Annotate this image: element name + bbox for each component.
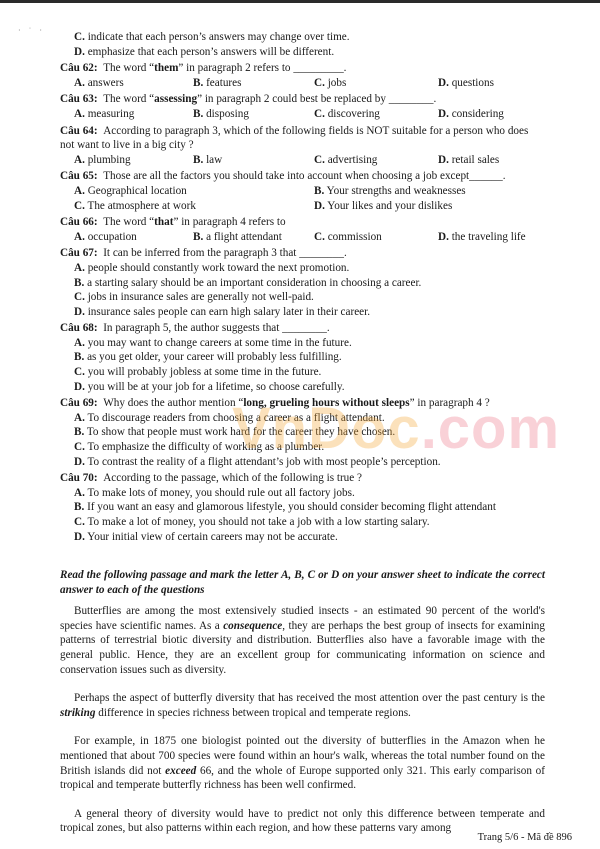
- question-stem: Câu 67: It can be inferred from the para…: [60, 246, 545, 261]
- question-text: The word “: [103, 216, 154, 228]
- question-number: Câu 66:: [60, 216, 98, 228]
- answer-option: B. features: [193, 76, 314, 91]
- question-text: Why does the author mention “: [103, 397, 243, 409]
- answer-option: B. law: [193, 153, 314, 168]
- option-text: occupation: [88, 231, 137, 243]
- options-row: A. plumbingB. lawC. advertisingD. retail…: [60, 153, 545, 168]
- answer-option: C. The atmosphere at work: [74, 199, 314, 214]
- option-text: measuring: [88, 108, 135, 120]
- answer-option: B. Your strengths and weaknesses: [314, 184, 559, 199]
- passage-text: A general theory of diversity would have…: [60, 808, 545, 835]
- option-text: plumbing: [88, 154, 131, 166]
- option-letter: B.: [193, 231, 203, 243]
- option-letter: D.: [74, 46, 85, 58]
- answer-option: D. the traveling life: [438, 230, 559, 245]
- options-row: A. measuringB. disposingC. discoveringD.…: [60, 107, 545, 122]
- option-text: Your strengths and weaknesses: [327, 185, 466, 197]
- option-letter: C.: [314, 108, 325, 120]
- option-letter: C.: [74, 31, 85, 43]
- option-letter: C.: [314, 231, 325, 243]
- answer-option: A. occupation: [74, 230, 193, 245]
- exam-page: C. indicate that each person’s answers m…: [60, 30, 545, 836]
- option-text: people should constantly work toward the…: [88, 262, 350, 274]
- question-stem: Câu 69: Why does the author mention “lon…: [60, 396, 545, 411]
- passage-paragraph: A general theory of diversity would have…: [60, 807, 545, 836]
- answer-option: D. Your initial view of certain careers …: [60, 530, 545, 545]
- answer-option: B. To show that people must work hard fo…: [60, 425, 545, 440]
- question: Câu 62: The word “them” in paragraph 2 r…: [60, 61, 545, 90]
- passage-keyword: striking: [60, 707, 95, 719]
- section-instruction: Read the following passage and mark the …: [60, 568, 545, 598]
- answer-option: C. you will probably jobless at some tim…: [60, 365, 545, 380]
- option-letter: A.: [74, 487, 85, 499]
- answer-option: C. To make a lot of money, you should no…: [60, 515, 545, 530]
- option-letter: A.: [74, 262, 85, 274]
- answer-option: A. To discourage readers from choosing a…: [60, 411, 545, 426]
- answer-option: A. answers: [74, 76, 193, 91]
- passage-keyword: exceed: [165, 765, 196, 777]
- passage-paragraph: For example, in 1875 one biologist point…: [60, 734, 545, 792]
- option-text: Geographical location: [88, 185, 187, 197]
- option-text: you will probably jobless at some time i…: [88, 366, 322, 378]
- option-text: Your initial view of certain careers may…: [87, 531, 337, 543]
- option-text: jobs in insurance sales are generally no…: [88, 291, 314, 303]
- question: Câu 64: According to paragraph 3, which …: [60, 124, 545, 168]
- question-text: The word “: [103, 62, 154, 74]
- option-letter: C.: [74, 516, 85, 528]
- option-letter: D.: [438, 108, 449, 120]
- option-text: advertising: [328, 154, 378, 166]
- option-letter: D.: [438, 154, 449, 166]
- question-stem: Câu 65: Those are all the factors you sh…: [60, 169, 545, 184]
- answer-option: D. you will be at your job for a lifetim…: [60, 380, 545, 395]
- option-letter: A.: [74, 337, 85, 349]
- option-text: emphasize that each person’s answers wil…: [88, 46, 334, 58]
- question-number: Câu 62:: [60, 62, 98, 74]
- question-text: Those are all the factors you should tak…: [103, 170, 505, 182]
- option-letter: C.: [74, 366, 85, 378]
- option-text: Your likes and your dislikes: [327, 200, 452, 212]
- passage-keyword: consequence: [223, 620, 282, 632]
- option-text: To contrast the reality of a flight atte…: [88, 456, 441, 468]
- answer-option: B. disposing: [193, 107, 314, 122]
- option-letter: A.: [74, 412, 85, 424]
- option-text: features: [206, 77, 241, 89]
- option-text: as you get older, your career will proba…: [87, 351, 342, 363]
- option-text: retail sales: [452, 154, 500, 166]
- options-row: A. occupationB. a flight attendantC. com…: [60, 230, 545, 245]
- question: Câu 63: The word “assessing” in paragrap…: [60, 92, 545, 121]
- question-number: Câu 65:: [60, 170, 98, 182]
- option-text: answers: [88, 77, 124, 89]
- option-text: questions: [452, 77, 494, 89]
- option-text: The atmosphere at work: [88, 200, 196, 212]
- question-number: Câu 70:: [60, 472, 98, 484]
- option-letter: C.: [74, 291, 85, 303]
- option-letter: A.: [74, 77, 85, 89]
- question-number: Câu 69:: [60, 397, 98, 409]
- option-line: C. indicate that each person’s answers m…: [60, 30, 545, 45]
- answer-option: A. people should constantly work toward …: [60, 261, 545, 276]
- question-keyword: assessing: [154, 93, 197, 105]
- option-text: To make a lot of money, you should not t…: [88, 516, 430, 528]
- question-number: Câu 64:: [60, 125, 98, 137]
- question-stem: Câu 68: In paragraph 5, the author sugge…: [60, 321, 545, 336]
- option-text: you may want to change careers at some t…: [88, 337, 352, 349]
- question-text: ” in paragraph 4 ?: [410, 397, 490, 409]
- answer-option: C. discovering: [314, 107, 438, 122]
- option-text: insurance sales people can earn high sal…: [88, 306, 370, 318]
- option-text: To show that people must work hard for t…: [87, 426, 395, 438]
- question-text: In paragraph 5, the author suggests that…: [103, 322, 330, 334]
- answer-option: D. retail sales: [438, 153, 559, 168]
- question: Câu 66: The word “that” in paragraph 4 r…: [60, 215, 545, 244]
- question-number: Câu 63:: [60, 93, 98, 105]
- option-line: D. emphasize that each person’s answers …: [60, 45, 545, 60]
- passage-text: difference in species richness between t…: [95, 707, 410, 719]
- question-number: Câu 67:: [60, 247, 98, 259]
- option-text: the traveling life: [452, 231, 526, 243]
- answer-option: B. as you get older, your career will pr…: [60, 350, 545, 365]
- answer-option: C. To emphasize the difficulty of workin…: [60, 440, 545, 455]
- answer-option: D. insurance sales people can earn high …: [60, 305, 545, 320]
- answer-option: B. a starting salary should be an import…: [60, 276, 545, 291]
- option-text: considering: [452, 108, 504, 120]
- question-keyword: them: [154, 62, 178, 74]
- answer-option: C. jobs: [314, 76, 438, 91]
- option-letter: D.: [74, 306, 85, 318]
- question-text: ” in paragraph 2 refers to _________.: [178, 62, 346, 74]
- question-text: ” in paragraph 2 could best be replaced …: [197, 93, 436, 105]
- question-stem: Câu 62: The word “them” in paragraph 2 r…: [60, 61, 545, 76]
- question: Câu 70: According to the passage, which …: [60, 471, 545, 544]
- option-letter: B.: [193, 77, 203, 89]
- options-row: A. answersB. featuresC. jobsD. questions: [60, 76, 545, 91]
- question-text: According to paragraph 3, which of the f…: [60, 125, 528, 152]
- option-text: you will be at your job for a lifetime, …: [88, 381, 345, 393]
- question-stem: Câu 70: According to the passage, which …: [60, 471, 545, 486]
- answer-option: A. plumbing: [74, 153, 193, 168]
- question-number: Câu 68:: [60, 322, 98, 334]
- passage-paragraph: Perhaps the aspect of butterfly diversit…: [60, 691, 545, 720]
- option-letter: B.: [74, 351, 84, 363]
- question-text: It can be inferred from the paragraph 3 …: [103, 247, 347, 259]
- option-letter: B.: [74, 501, 84, 513]
- continuation-options: C. indicate that each person’s answers m…: [60, 30, 545, 59]
- options-row: A. Geographical locationB. Your strength…: [60, 184, 545, 213]
- question-stem: Câu 64: According to paragraph 3, which …: [60, 124, 545, 153]
- page-footer: Trang 5/6 - Mã đề 896: [478, 832, 572, 843]
- scan-speck: · ˙ ·: [18, 26, 45, 35]
- answer-option: D. Your likes and your dislikes: [314, 199, 559, 214]
- option-text: law: [206, 154, 222, 166]
- question-keyword: that: [154, 216, 173, 228]
- option-text: a flight attendant: [206, 231, 282, 243]
- option-letter: B.: [74, 277, 84, 289]
- option-letter: A.: [74, 154, 85, 166]
- option-text: To emphasize the difficulty of working a…: [88, 441, 325, 453]
- answer-option: A. you may want to change careers at som…: [60, 336, 545, 351]
- option-text: commission: [328, 231, 382, 243]
- page-top-edge: [0, 0, 600, 3]
- answer-option: C. jobs in insurance sales are generally…: [60, 290, 545, 305]
- question-stem: Câu 63: The word “assessing” in paragrap…: [60, 92, 545, 107]
- answer-option: D. questions: [438, 76, 559, 91]
- option-letter: C.: [314, 154, 325, 166]
- answer-option: A. Geographical location: [74, 184, 314, 199]
- answer-option: C. commission: [314, 230, 438, 245]
- option-letter: B.: [193, 108, 203, 120]
- option-letter: D.: [74, 381, 85, 393]
- reading-passage: Butterflies are among the most extensive…: [60, 604, 545, 836]
- option-letter: A.: [74, 185, 85, 197]
- question: Câu 67: It can be inferred from the para…: [60, 246, 545, 319]
- option-text: discovering: [328, 108, 380, 120]
- answer-option: D. considering: [438, 107, 559, 122]
- question-keyword: long, grueling hours without sleeps: [243, 397, 409, 409]
- passage-paragraph: Butterflies are among the most extensive…: [60, 604, 545, 677]
- question-stem: Câu 66: The word “that” in paragraph 4 r…: [60, 215, 545, 230]
- option-letter: D.: [74, 531, 85, 543]
- option-letter: C.: [314, 77, 325, 89]
- question: Câu 65: Those are all the factors you sh…: [60, 169, 545, 213]
- option-text: To discourage readers from choosing a ca…: [88, 412, 385, 424]
- option-letter: D.: [438, 231, 449, 243]
- answer-option: A. To make lots of money, you should rul…: [60, 486, 545, 501]
- option-letter: D.: [314, 200, 325, 212]
- option-text: If you want an easy and glamorous lifest…: [87, 501, 496, 513]
- question-text: The word “: [103, 93, 154, 105]
- answer-option: D. To contrast the reality of a flight a…: [60, 455, 545, 470]
- option-letter: D.: [438, 77, 449, 89]
- option-letter: C.: [74, 441, 85, 453]
- answer-option: C. advertising: [314, 153, 438, 168]
- option-letter: A.: [74, 108, 85, 120]
- question: Câu 68: In paragraph 5, the author sugge…: [60, 321, 545, 394]
- answer-option: B. If you want an easy and glamorous lif…: [60, 500, 545, 515]
- question-text: ” in paragraph 4 refers to: [173, 216, 285, 228]
- option-letter: B.: [314, 185, 324, 197]
- option-letter: A.: [74, 231, 85, 243]
- question: Câu 69: Why does the author mention “lon…: [60, 396, 545, 469]
- option-text: indicate that each person’s answers may …: [88, 31, 350, 43]
- option-text: To make lots of money, you should rule o…: [88, 487, 355, 499]
- option-letter: B.: [74, 426, 84, 438]
- passage-text: Perhaps the aspect of butterfly diversit…: [74, 692, 545, 704]
- question-list: Câu 62: The word “them” in paragraph 2 r…: [60, 61, 545, 544]
- option-text: disposing: [206, 108, 249, 120]
- question-text: According to the passage, which of the f…: [103, 472, 362, 484]
- option-text: jobs: [328, 77, 347, 89]
- option-text: a starting salary should be an important…: [87, 277, 421, 289]
- option-letter: C.: [74, 200, 85, 212]
- option-letter: D.: [74, 456, 85, 468]
- option-letter: B.: [193, 154, 203, 166]
- answer-option: B. a flight attendant: [193, 230, 314, 245]
- answer-option: A. measuring: [74, 107, 193, 122]
